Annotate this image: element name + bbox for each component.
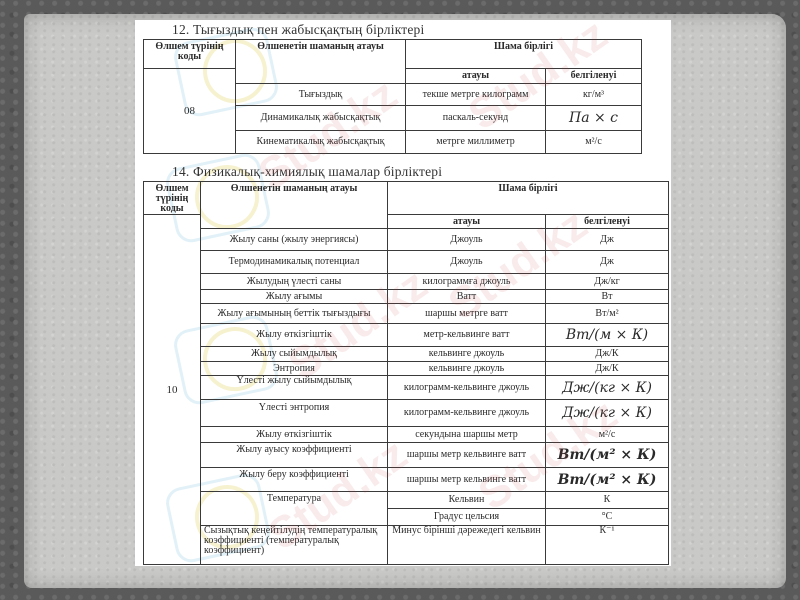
table-row: Жылу саны (жылу энергиясы) Джоуль Дж: [144, 229, 669, 251]
quantity-cell: Энтропия: [201, 362, 388, 376]
header-unit: Шама бірлігі: [406, 40, 642, 69]
table14-caption: 14. Физикалық-химиялық шамалар бірліктер…: [172, 164, 442, 180]
unit-symbol-cell: м²/с: [546, 131, 642, 154]
table-row: Жылу ауысу коэффициенті шаршы метр кельв…: [144, 443, 669, 468]
unit-symbol-cell: Дж: [546, 251, 669, 274]
quantity-cell: Жылу өткізгіштік: [201, 324, 388, 347]
unit-name-cell: Ватт: [388, 290, 546, 304]
quantity-cell: Сызықтық кеңейтілудің температуралық коэ…: [201, 526, 388, 565]
quantity-cell: Үлесті жылу сыйымдылық: [201, 376, 388, 400]
quantity-cell: Жылу беру коэффициенті: [201, 468, 388, 492]
unit-name-cell: секундына шаршы метр: [388, 427, 546, 443]
header-quantity: Өлшенетін шаманың атауы: [236, 40, 406, 84]
table-row: Термодинамикалық потенциал Джоуль Дж: [144, 251, 669, 274]
unit-symbol-cell: К⁻¹: [546, 526, 669, 565]
quantity-cell: Динамикалық жабысқақтық: [236, 106, 406, 131]
unit-name-cell: кельвинге джоуль: [388, 362, 546, 376]
table12-caption: 12. Тығыздық пен жабысқақтың бірліктері: [172, 22, 424, 38]
table-row: Энтропия кельвинге джоуль Дж/К: [144, 362, 669, 376]
unit-name-cell: шаршы метр кельвинге ватт: [388, 468, 546, 492]
code-cell: 10: [144, 215, 201, 565]
table-row: Сызықтық кеңейтілудің температуралық коэ…: [144, 526, 669, 565]
unit-name-cell: Джоуль: [388, 229, 546, 251]
table-row: Үлесті жылу сыйымдылық килограмм-кельвин…: [144, 376, 669, 400]
unit-name-cell: паскаль-секунд: [406, 106, 546, 131]
table-row: Жылудың үлесті саны килограммға джоуль Д…: [144, 274, 669, 290]
quantity-cell: Үлесті энтропия: [201, 400, 388, 427]
quantity-cell: Жылу ағымының беттік тығыздығы: [201, 304, 388, 324]
quantity-cell: Жылу сыйымдылық: [201, 347, 388, 362]
quantity-cell: Температура: [201, 492, 388, 526]
quantity-cell: Тығыздық: [236, 84, 406, 106]
unit-symbol-cell: Дж/К: [546, 362, 669, 376]
unit-symbol-cell: Дж/кг: [546, 274, 669, 290]
unit-name-cell: Кельвин: [388, 492, 546, 509]
unit-symbol-cell: кг/м³: [546, 84, 642, 106]
unit-symbol-cell: м²/с: [546, 427, 669, 443]
table12: Өлшем түрінің коды Өлшенетін шаманың ата…: [143, 39, 642, 154]
table-row: Жылу өткізгіштік метр-кельвинге ватт Вт/…: [144, 324, 669, 347]
header-unit-name: атауы: [406, 69, 546, 84]
unit-name-cell: Градус цельсия: [388, 509, 546, 526]
quantity-cell: Кинематикалық жабысқақтық: [236, 131, 406, 154]
quantity-cell: Жылу өткізгіштік: [201, 427, 388, 443]
unit-name-cell: метр-кельвинге ватт: [388, 324, 546, 347]
unit-symbol-cell: °C: [546, 509, 669, 526]
quantity-cell: Термодинамикалық потенциал: [201, 251, 388, 274]
code-cell: 08: [144, 69, 236, 154]
header-quantity: Өлшенетін шаманың атауы: [201, 182, 388, 229]
table-row: Жылу ағымы Ватт Вт: [144, 290, 669, 304]
header-code: Өлшем түрінің коды: [144, 40, 236, 69]
unit-symbol-cell: Вт/(м² × К): [546, 468, 669, 492]
table-row: Жылу сыйымдылық кельвинге джоуль Дж/К: [144, 347, 669, 362]
unit-symbol-cell: Вт/(м² × К): [546, 443, 669, 468]
unit-name-cell: метрге миллиметр: [406, 131, 546, 154]
unit-symbol-cell: Дж/(кг × К): [546, 376, 669, 400]
unit-symbol-cell: Дж: [546, 229, 669, 251]
table-row: Үлесті энтропия килограмм-кельвинге джоу…: [144, 400, 669, 427]
table-row: Температура Кельвин К: [144, 492, 669, 509]
unit-symbol-cell: К: [546, 492, 669, 509]
unit-name-cell: Джоуль: [388, 251, 546, 274]
table-row: Жылу ағымының беттік тығыздығы шаршы мет…: [144, 304, 669, 324]
unit-symbol-cell: Вт: [546, 290, 669, 304]
unit-name-cell: килограммға джоуль: [388, 274, 546, 290]
table-row: Жылу беру коэффициенті шаршы метр кельви…: [144, 468, 669, 492]
quantity-cell: Жылу ағымы: [201, 290, 388, 304]
unit-symbol-cell: Дж/(кг × К): [546, 400, 669, 427]
unit-name-cell: килограмм-кельвинге джоуль: [388, 400, 546, 427]
quantity-cell: Жылу ауысу коэффициенті: [201, 443, 388, 468]
unit-name-cell: килограмм-кельвинге джоуль: [388, 376, 546, 400]
unit-symbol-cell: Дж/К: [546, 347, 669, 362]
header-unit: Шама бірлігі: [388, 182, 669, 215]
header-unit-symbol: белгіленуі: [546, 215, 669, 229]
quantity-cell: Жылу саны (жылу энергиясы): [201, 229, 388, 251]
unit-symbol-cell: Вт/(м × К): [546, 324, 669, 347]
unit-symbol-cell: Па × с: [546, 106, 642, 131]
unit-name-cell: Минус бірінші дәрежедегі кельвин: [388, 526, 546, 565]
header-unit-name: атауы: [388, 215, 546, 229]
table-row: Жылу өткізгіштік секундына шаршы метр м²…: [144, 427, 669, 443]
table14: Өлшем түрінің коды Өлшенетін шаманың ата…: [143, 181, 669, 565]
unit-symbol-cell: Вт/м²: [546, 304, 669, 324]
unit-name-cell: шаршы метр кельвинге ватт: [388, 443, 546, 468]
quantity-cell: Жылудың үлесті саны: [201, 274, 388, 290]
unit-name-cell: текше метрге килограмм: [406, 84, 546, 106]
header-unit-symbol: белгіленуі: [546, 69, 642, 84]
header-code: Өлшем түрінің коды: [144, 182, 201, 215]
unit-name-cell: шаршы метрге ватт: [388, 304, 546, 324]
unit-name-cell: кельвинге джоуль: [388, 347, 546, 362]
